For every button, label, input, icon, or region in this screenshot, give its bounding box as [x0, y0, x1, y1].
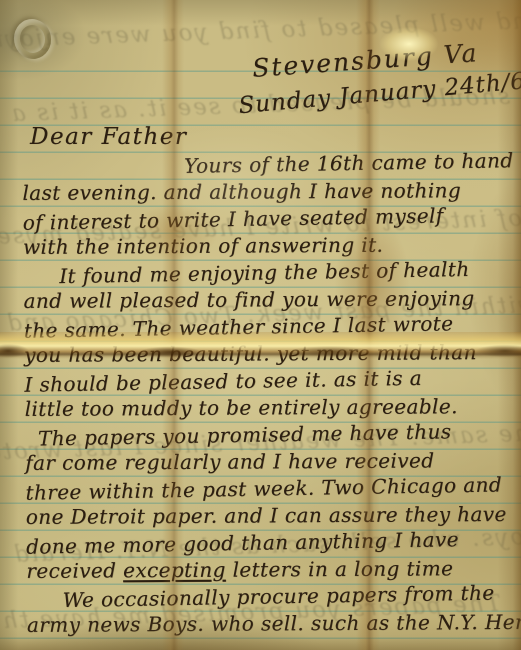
- letter-body: Yours of the 16th came to hand last even…: [22, 150, 521, 641]
- embossed-seal-ring: [18, 23, 47, 55]
- underlined-word: excepting: [123, 558, 226, 583]
- embossed-seal: [11, 16, 54, 62]
- salutation: Dear Father: [30, 124, 187, 150]
- line-text: received: [26, 558, 123, 583]
- line-text: letters in a long time: [226, 556, 454, 581]
- handwritten-line: army news Boys. who sell. such as the N.…: [27, 610, 521, 640]
- letter-scan: and well pleased to find you were enjoyi…: [0, 0, 521, 650]
